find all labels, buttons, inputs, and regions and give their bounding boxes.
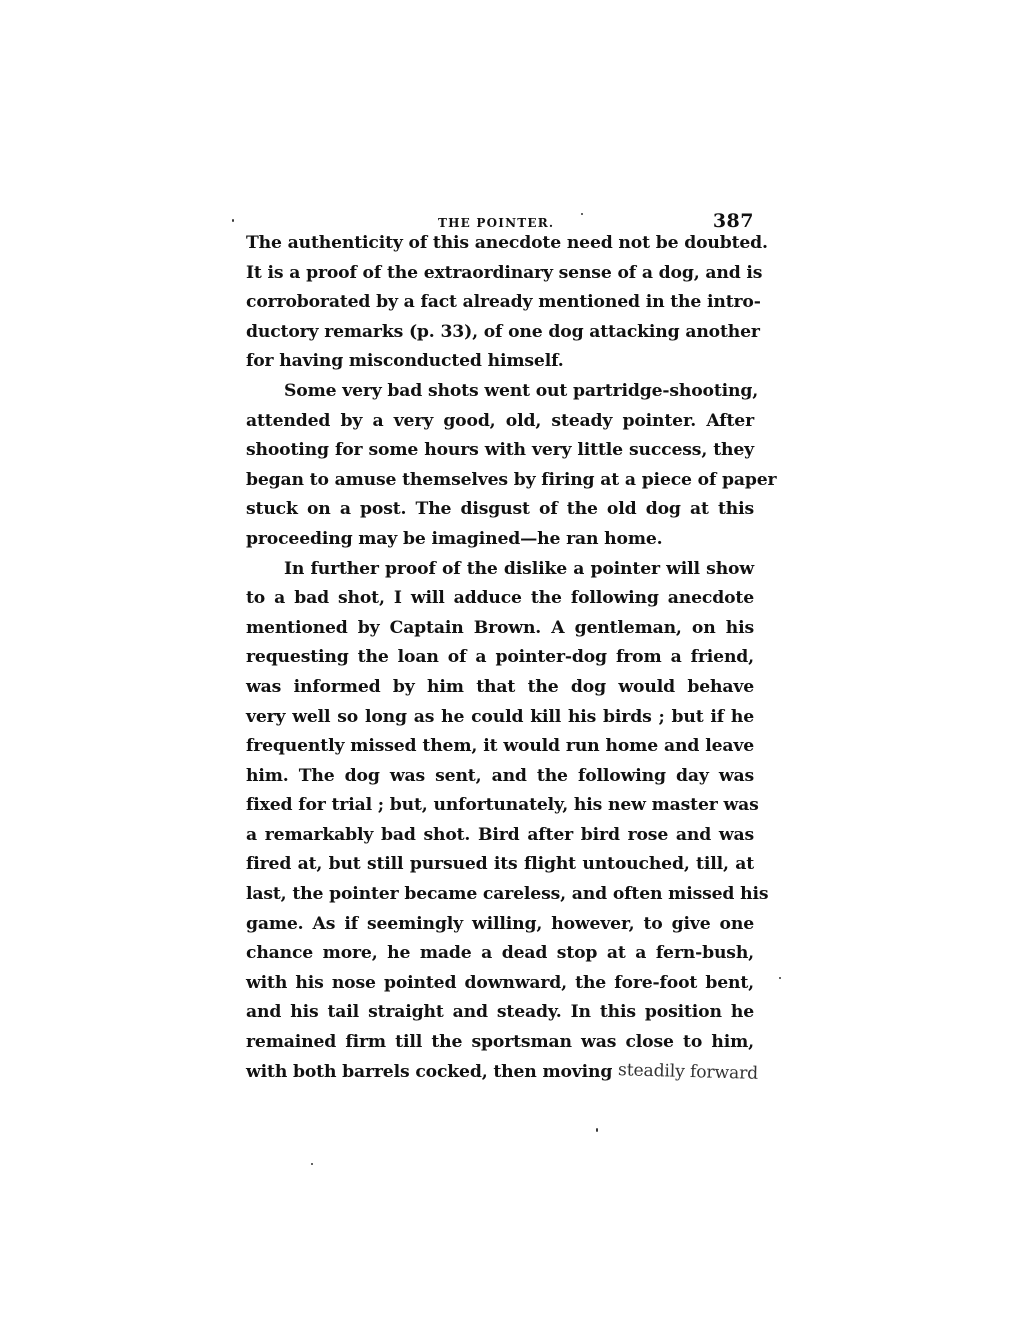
text-line: It is a proof of the extraordinary sense… — [246, 259, 754, 289]
scan-speck — [596, 1128, 598, 1132]
text-line: requesting the loan of a pointer-dog fro… — [246, 643, 754, 673]
text-line: to a bad shot, I will adduce the followi… — [246, 584, 754, 614]
text-line: shooting for some hours with very little… — [246, 436, 754, 466]
text-line: proceeding may be imagined—he ran home. — [246, 525, 754, 555]
scan-speck — [311, 1163, 313, 1165]
text-line: remained firm till the sportsman was clo… — [246, 1028, 754, 1058]
text-line: The authenticity of this anecdote need n… — [246, 229, 754, 259]
text-line: last, the pointer became careless, and o… — [246, 880, 754, 910]
text-line: corroborated by a fact already mentioned… — [246, 288, 754, 318]
text-line: and his tail straight and steady. In thi… — [246, 998, 754, 1028]
text-line: attended by a very good, old, steady poi… — [246, 407, 754, 437]
text-line: chance more, he made a dead stop at a fe… — [246, 939, 754, 969]
text-line: ductory remarks (p. 33), of one dog atta… — [246, 318, 754, 348]
text-line: fixed for trial ; but, unfortunately, hi… — [246, 791, 754, 821]
scan-speck — [232, 219, 234, 222]
text-line: began to amuse themselves by firing at a… — [246, 466, 754, 496]
text-line: was informed by him that the dog would b… — [246, 673, 754, 703]
text-line: very well so long as he could kill his b… — [246, 703, 754, 733]
paragraph-1: The authenticity of this anecdote need n… — [246, 229, 754, 377]
scan-speck — [779, 977, 781, 979]
scan-speck — [581, 213, 583, 215]
text-line: with his nose pointed downward, the fore… — [246, 969, 754, 999]
text-line: game. As if seemingly willing, however, … — [246, 910, 754, 940]
text-line: for having misconducted himself. — [246, 347, 754, 377]
paragraph-2: Some very bad shots went out partridge-s… — [246, 377, 754, 555]
body-text: The authenticity of this anecdote need n… — [246, 229, 754, 1087]
text-line: stuck on a post. The disgust of the old … — [246, 495, 754, 525]
text-line: a remarkably bad shot. Bird after bird r… — [246, 821, 754, 851]
text-line: frequently missed them, it would run hom… — [246, 732, 754, 762]
text-line: Some very bad shots went out partridge-s… — [246, 377, 754, 407]
text-line: In further proof of the dislike a pointe… — [246, 555, 754, 585]
paragraph-3: In further proof of the dislike a pointe… — [246, 555, 754, 1088]
running-title: THE POINTER. — [438, 216, 554, 230]
final-line-head: with both barrels cocked, then moving — [246, 1062, 618, 1082]
book-page: THE POINTER. 387 The authenticity of thi… — [0, 0, 1033, 1339]
text-line: mentioned by Captain Brown. A gentleman,… — [246, 614, 754, 644]
text-line-final: with both barrels cocked, then moving st… — [246, 1058, 754, 1088]
final-line-tail: steadily forward — [618, 1056, 759, 1089]
text-line: fired at, but still pursued its flight u… — [246, 850, 754, 880]
text-line: him. The dog was sent, and the following… — [246, 762, 754, 792]
